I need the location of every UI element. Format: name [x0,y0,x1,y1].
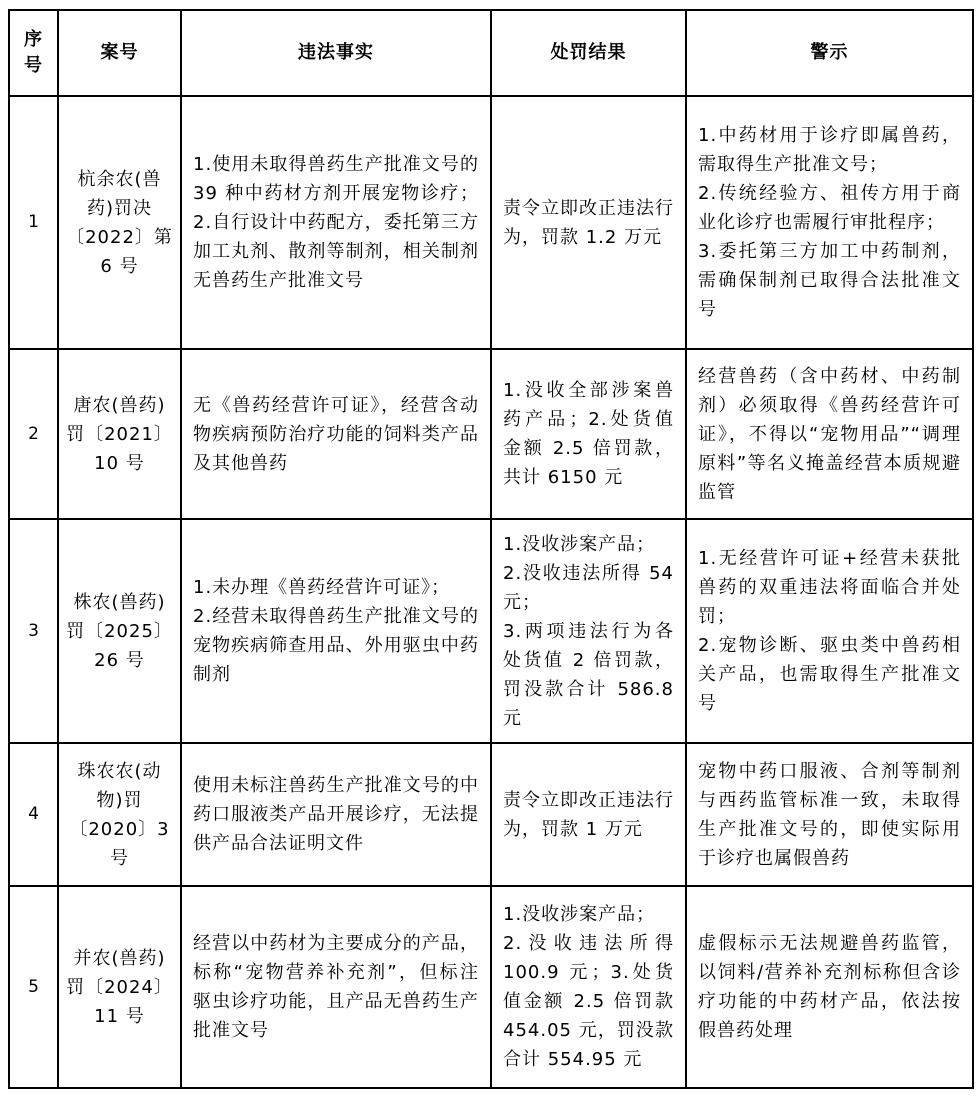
cell-warning: 1.无经营许可证+经营未获批兽药的双重违法将面临合并处罚； 2.宠物诊断、驱虫类… [686,519,973,743]
cell-warning: 1.中药材用于诊疗即属兽药，需取得生产批准文号； 2.传统经验方、祖传方用于商业… [686,96,973,349]
cell-illegal-facts: 1.使用未取得兽药生产批准文号的 39 种中药材方剂开展宠物诊疗；2.自行设计中… [181,96,491,349]
header-case-number: 案号 [58,10,181,96]
cell-illegal-facts: 经营以中药材为主要成分的产品，标称“宠物营养补充剂”，但标注驱虫诊疗功能，且产品… [181,886,491,1088]
cell-warning: 经营兽药（含中药材、中药制剂）必须取得《兽药经营许可证》，不得以“宠物用品”“调… [686,349,973,519]
cell-penalty-result: 责令立即改正违法行为，罚款 1.2 万元 [491,96,686,349]
cell-case-number: 珠农农(动物)罚〔2020〕3 号 [58,743,181,886]
table-header-row: 序 号 案号 违法事实 处罚结果 警示 [9,10,973,96]
cell-serial-number: 2 [9,349,58,519]
cell-penalty-result: 责令立即改正违法行为，罚款 1 万元 [491,743,686,886]
cell-penalty-result: 1.没收涉案产品； 2.没收违法所得 54 元； 3.两项违法行为各处货值 2 … [491,519,686,743]
penalty-case-table: 序 号 案号 违法事实 处罚结果 警示 1 杭余农(兽药)罚决〔2022〕第 6… [8,9,974,1089]
cell-serial-number: 4 [9,743,58,886]
table-row: 5 并农(兽药)罚〔2024〕11 号 经营以中药材为主要成分的产品，标称“宠物… [9,886,973,1088]
header-illegal-facts: 违法事实 [181,10,491,96]
cell-serial-number: 3 [9,519,58,743]
header-serial-number: 序 号 [9,10,58,96]
cell-serial-number: 1 [9,96,58,349]
table-row: 2 唐农(兽药)罚〔2021〕10 号 无《兽药经营许可证》，经营含动物疾病预防… [9,349,973,519]
table-row: 1 杭余农(兽药)罚决〔2022〕第 6 号 1.使用未取得兽药生产批准文号的 … [9,96,973,349]
cell-illegal-facts: 无《兽药经营许可证》，经营含动物疾病预防治疗功能的饲料类产品及其他兽药 [181,349,491,519]
header-warning: 警示 [686,10,973,96]
cell-case-number: 并农(兽药)罚〔2024〕11 号 [58,886,181,1088]
cell-serial-number: 5 [9,886,58,1088]
table-row: 4 珠农农(动物)罚〔2020〕3 号 使用未标注兽药生产批准文号的中药口服液类… [9,743,973,886]
cell-case-number: 唐农(兽药)罚〔2021〕10 号 [58,349,181,519]
cell-case-number: 杭余农(兽药)罚决〔2022〕第 6 号 [58,96,181,349]
cell-case-number: 株农(兽药)罚〔2025〕26 号 [58,519,181,743]
cell-illegal-facts: 1.未办理《兽药经营许可证》； 2.经营未取得兽药生产批准文号的宠物疾病筛查用品… [181,519,491,743]
cell-warning: 宠物中药口服液、合剂等制剂与西药监管标准一致，未取得生产批准文号的，即使实际用于… [686,743,973,886]
cell-warning: 虚假标示无法规避兽药监管，以饲料/营养补充剂标称但含诊疗功能的中药材产品，依法按… [686,886,973,1088]
table-row: 3 株农(兽药)罚〔2025〕26 号 1.未办理《兽药经营许可证》； 2.经营… [9,519,973,743]
cell-penalty-result: 1.没收全部涉案兽药产品；2.处货值金额 2.5 倍罚款，共计 6150 元 [491,349,686,519]
cell-penalty-result: 1.没收涉案产品； 2.没收违法所得 100.9 元；3.处货值金额 2.5 倍… [491,886,686,1088]
cell-illegal-facts: 使用未标注兽药生产批准文号的中药口服液类产品开展诊疗，无法提供产品合法证明文件 [181,743,491,886]
header-penalty-result: 处罚结果 [491,10,686,96]
